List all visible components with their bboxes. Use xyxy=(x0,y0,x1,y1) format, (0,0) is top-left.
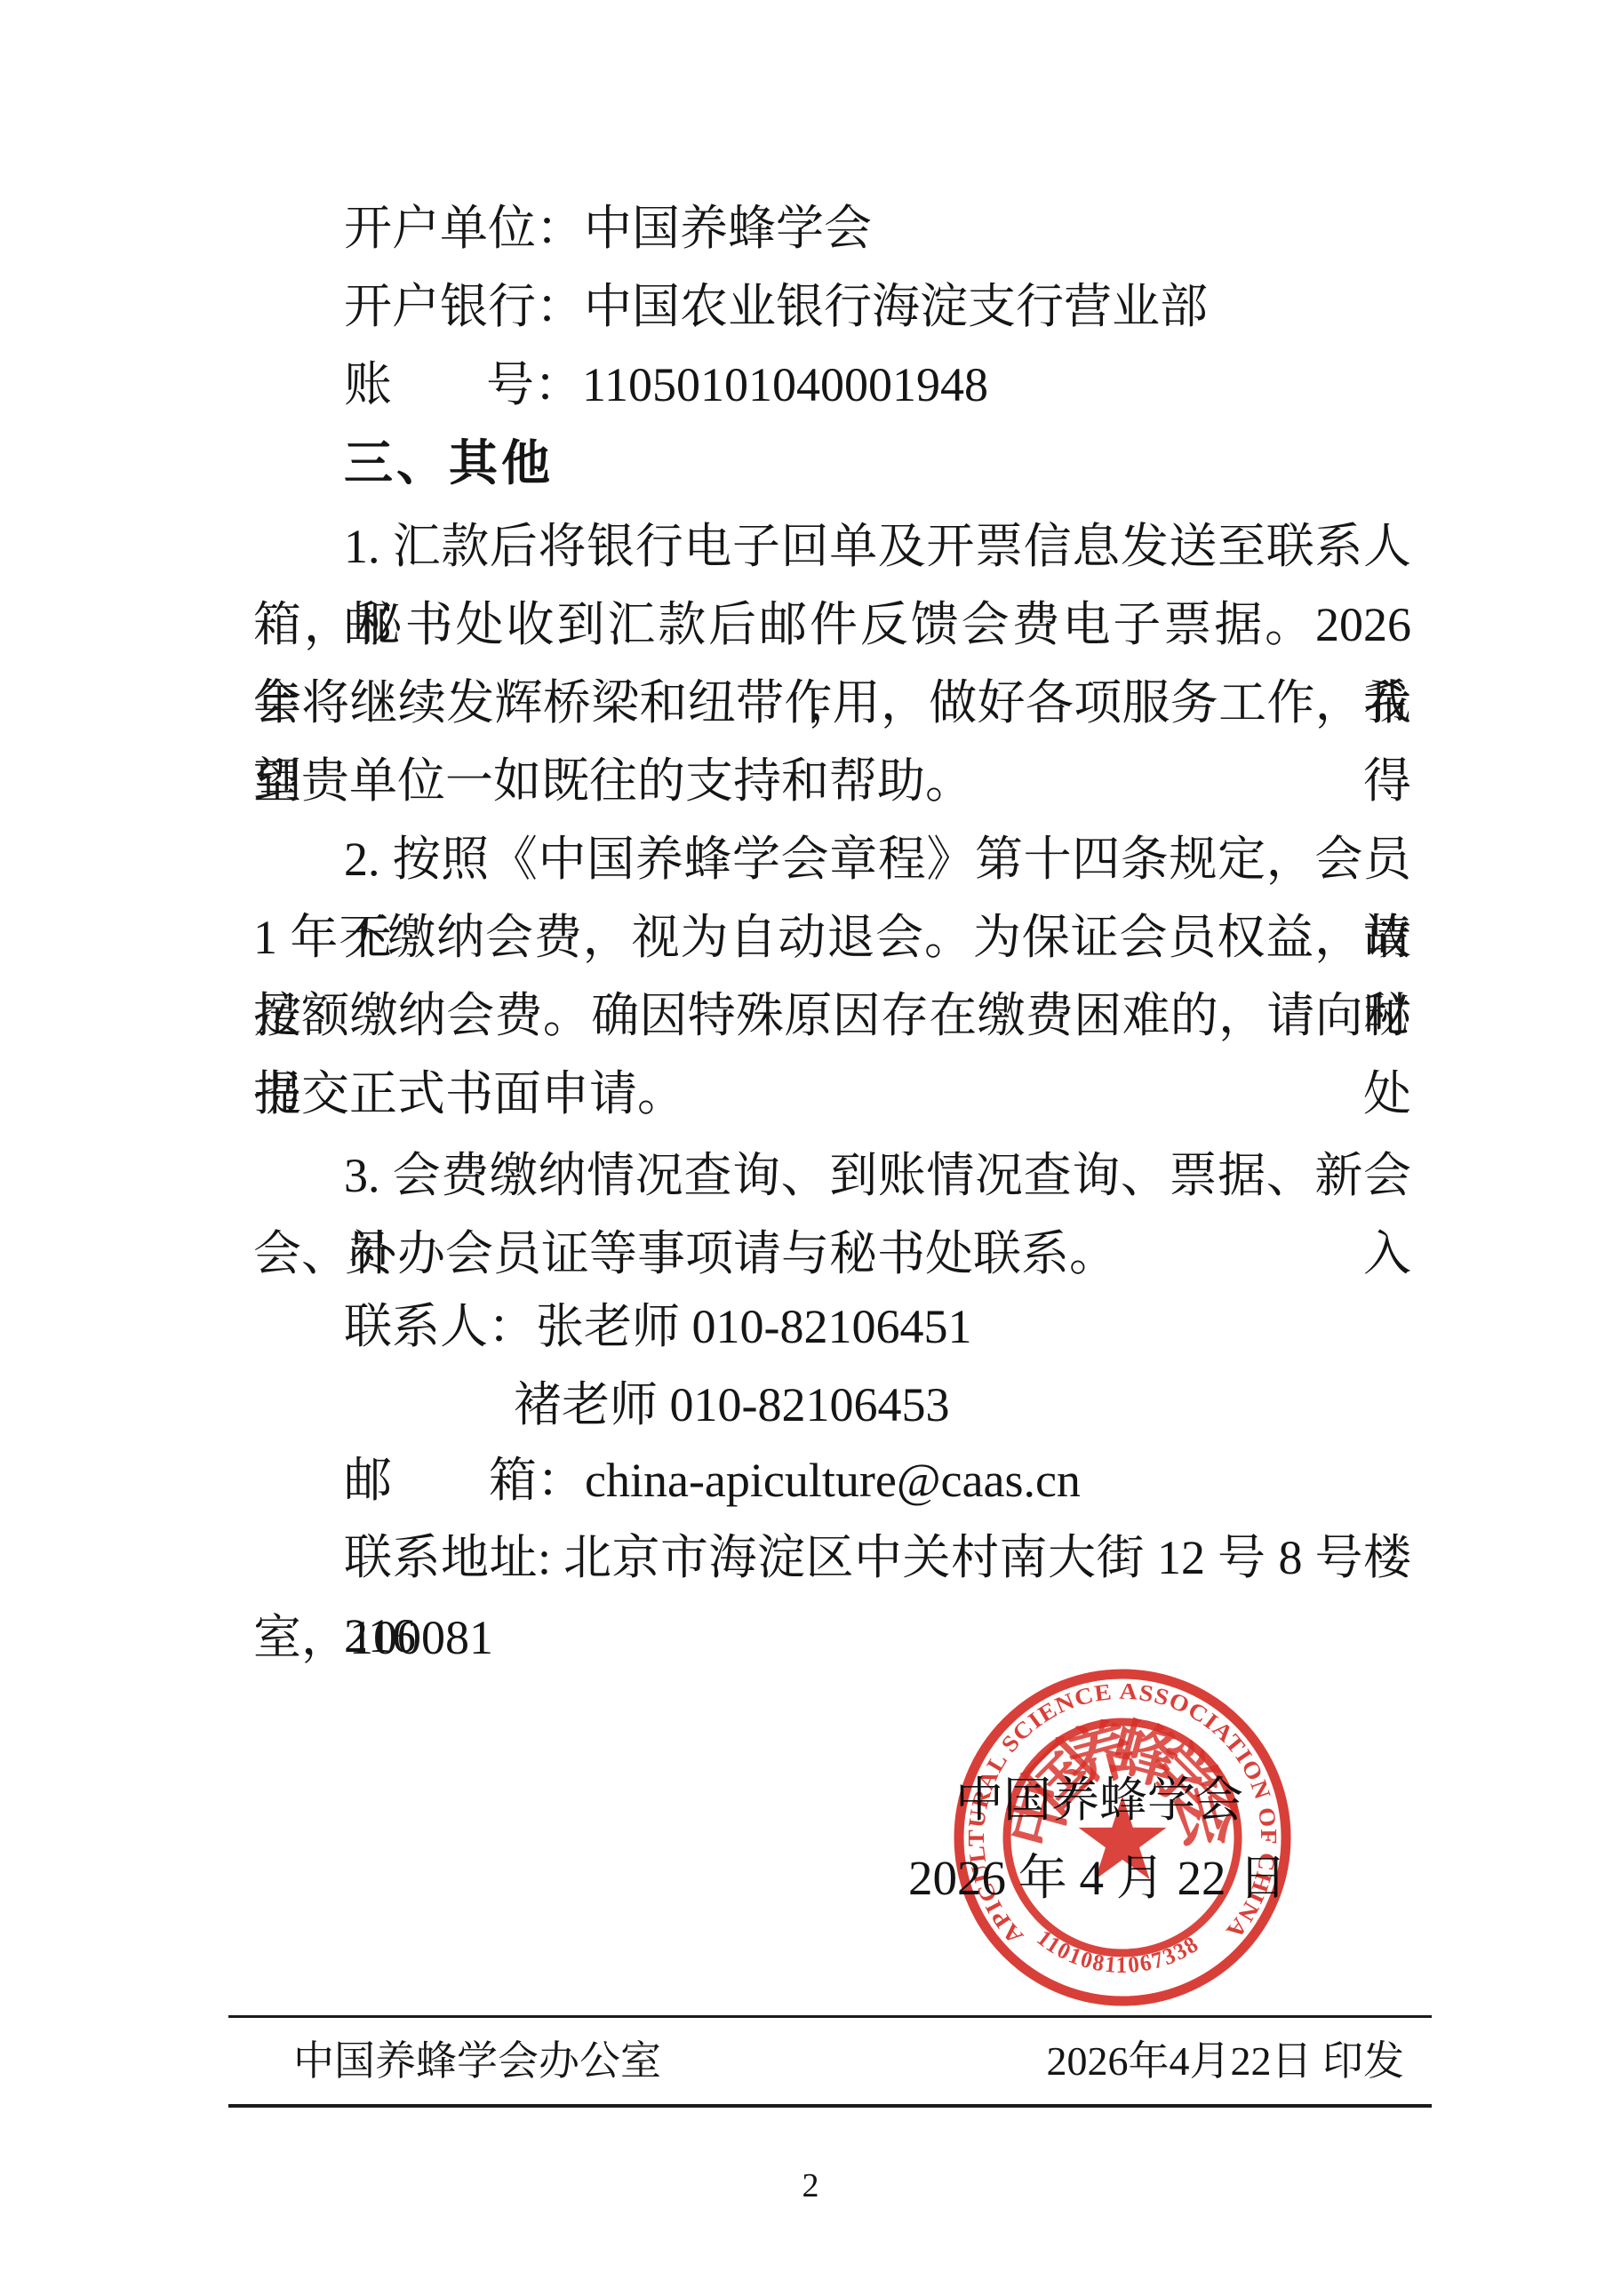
para1-line3: 会将继续发辉桥梁和纽带作用，做好各项服务工作，希望得 xyxy=(253,664,1411,742)
email-label-b: 箱： xyxy=(489,1454,585,1507)
para1-line1: 1. 汇款后将银行电子回单及开票信息发送至联系人邮 xyxy=(253,507,1411,586)
page-number: 2 xyxy=(0,2168,1621,2204)
email-label-a: 邮 xyxy=(344,1454,392,1507)
bank-account-name-line: 开户单位：中国养蜂学会 xyxy=(253,189,1411,267)
para2-line3: 足额缴纳会费。确因特殊原因存在缴费困难的，请向秘书处 xyxy=(253,977,1411,1055)
contact-email-line: 邮箱：china-apiculture@caas.cn xyxy=(253,1441,1411,1519)
footer-rule-bottom xyxy=(228,2104,1432,2108)
para2-line2: 1 年不缴纳会费，视为自动退会。为保证会员权益，请按时 xyxy=(253,898,1411,977)
footer-print-date: 2026年4月22日 印发 xyxy=(1047,2038,1405,2085)
contact-person2-line: 褚老师 010-82106453 xyxy=(253,1366,1411,1444)
para1-line2: 箱，秘书处收到汇款后邮件反馈会费电子票据。2026 年，我 xyxy=(253,586,1411,664)
document-page: 开户单位：中国养蜂学会 开户银行：中国农业银行海淀支行营业部 账号：110501… xyxy=(0,0,1621,2296)
footer-row: 中国养蜂学会办公室 2026年4月22日 印发 xyxy=(293,2038,1404,2085)
email-value: china-apiculture@caas.cn xyxy=(585,1454,1081,1507)
contact-person1-line: 联系人：张老师 010-82106451 xyxy=(253,1288,1411,1366)
seal-star-icon xyxy=(1079,1796,1167,1879)
account-number-label-b: 号： xyxy=(486,358,582,411)
footer-issuing-office: 中国养蜂学会办公室 xyxy=(293,2038,661,2085)
contact-address-line1: 联系地址: 北京市海淀区中关村南大街 12 号 8 号楼 216 xyxy=(253,1519,1411,1597)
account-number-value: 11050101040001948 xyxy=(582,358,988,411)
section-heading: 三、其他 xyxy=(253,424,1411,502)
official-seal: APICULTURAL SCIENCE ASSOCIATION OF CHINA… xyxy=(945,1660,1300,2015)
footer-rule-top xyxy=(228,2015,1432,2018)
para3-line1: 3. 会费缴纳情况查询、到账情况查询、票据、新会员入 xyxy=(253,1136,1411,1215)
para3-line2: 会、补办会员证等事项请与秘书处联系。 xyxy=(253,1215,1411,1293)
para1-line4: 到贵单位一如既往的支持和帮助。 xyxy=(253,742,1411,820)
bank-name-line: 开户银行：中国农业银行海淀支行营业部 xyxy=(253,267,1411,346)
para2-line4: 提交正式书面申请。 xyxy=(253,1055,1411,1133)
bank-account-number-line: 账号：11050101040001948 xyxy=(253,346,1411,424)
para2-line1: 2. 按照《中国养蜂学会章程》第十四条规定，会员无故 xyxy=(253,820,1411,898)
account-number-label-a: 账 xyxy=(344,358,392,411)
